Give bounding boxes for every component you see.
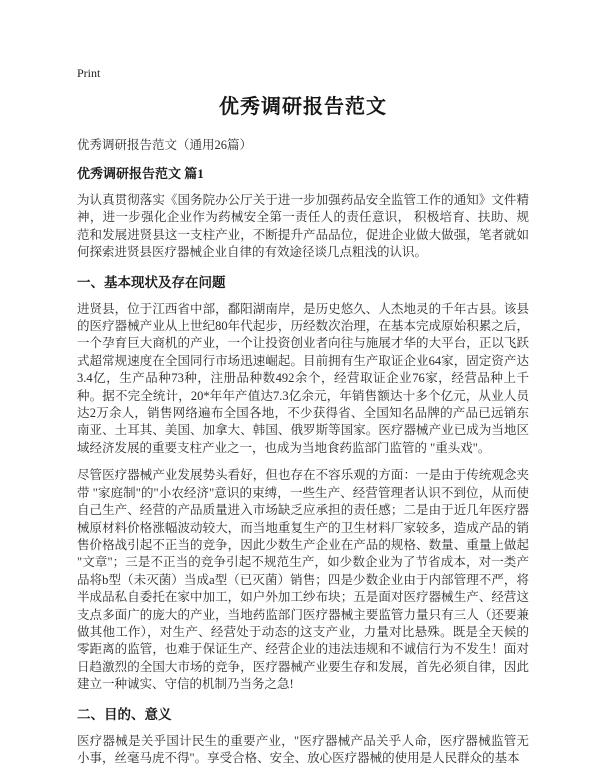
document-title: 优秀调研报告范文 xyxy=(77,94,529,120)
print-link[interactable]: Print xyxy=(77,66,100,80)
paragraph-purpose: 医疗器械是关乎国计民生的重要产业，"医疗器械产品关乎人命，医疗器械监管无小事，丝… xyxy=(77,733,529,768)
paragraph-county-overview: 进贤县，位于江西省中部，鄱阳湖南岸，是历史悠久、人杰地灵的千年古县。该县的医疗器… xyxy=(77,301,529,458)
document-page: Print 优秀调研报告范文 优秀调研报告范文（通用26篇） 优秀调研报告范文 … xyxy=(0,0,600,776)
section-heading-purpose: 二、目的、意义 xyxy=(77,706,529,723)
section-heading-basic-status: 一、基本现状及存在问题 xyxy=(77,274,529,291)
article-heading: 优秀调研报告范文 篇1 xyxy=(77,166,529,182)
paragraph-problems: 尽管医疗器械产业发展势头看好，但也存在不容乐观的方面：一是由于传统观念夹带 "家… xyxy=(77,467,529,693)
paragraph-intro: 为认真贯彻落实《国务院办公厅关于进一步加强药品安全监管工作的通知》文件精神，进一… xyxy=(77,192,529,262)
document-subtitle: 优秀调研报告范文（通用26篇） xyxy=(77,137,529,153)
